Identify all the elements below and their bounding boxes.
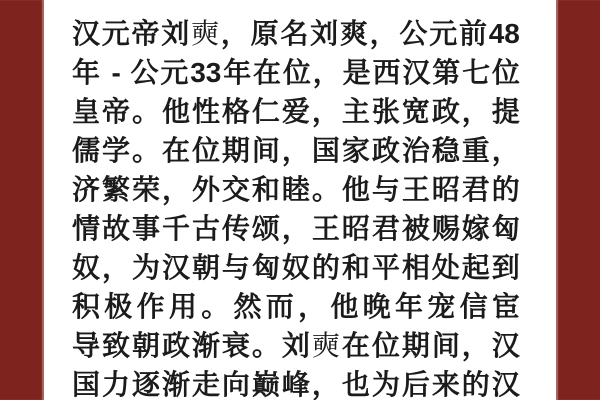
fallback-glyph: 奭 — [312, 331, 342, 362]
article-text: 汉元帝刘奭，原名刘爽，公元前48年 - 公元33年在位，是西汉第七位皇帝。他性格… — [72, 14, 520, 400]
fallback-glyph: 奭 — [191, 19, 221, 50]
text-line: 济繁荣，外交和睦。他与王昭君的爱 — [72, 170, 520, 209]
text-line: 皇帝。他性格仁爱，主张宽政，提倡 — [72, 92, 520, 131]
text-line: 国力逐渐走向巅峰，也为后来的汉成 — [72, 365, 520, 400]
left-border-bar — [0, 0, 44, 400]
text-line: 奴，为汉朝与匈奴的和平相处起到了 — [72, 248, 520, 287]
text-line: 积极作用。然而，他晚年宠信宦官， — [72, 287, 520, 326]
text-line: 年 - 公元33年在位，是西汉第七位 — [72, 53, 520, 92]
text-line: 汉元帝刘奭，原名刘爽，公元前48 — [72, 14, 520, 53]
text-line: 情故事千古传颂，王昭君被赐嫁匈 — [72, 209, 520, 248]
text-line: 导致朝政渐衰。刘奭在位期间，汉朝 — [72, 326, 520, 365]
right-border-bar — [556, 0, 600, 400]
text-line: 儒学。在位期间，国家政治稳重，经 — [72, 131, 520, 170]
